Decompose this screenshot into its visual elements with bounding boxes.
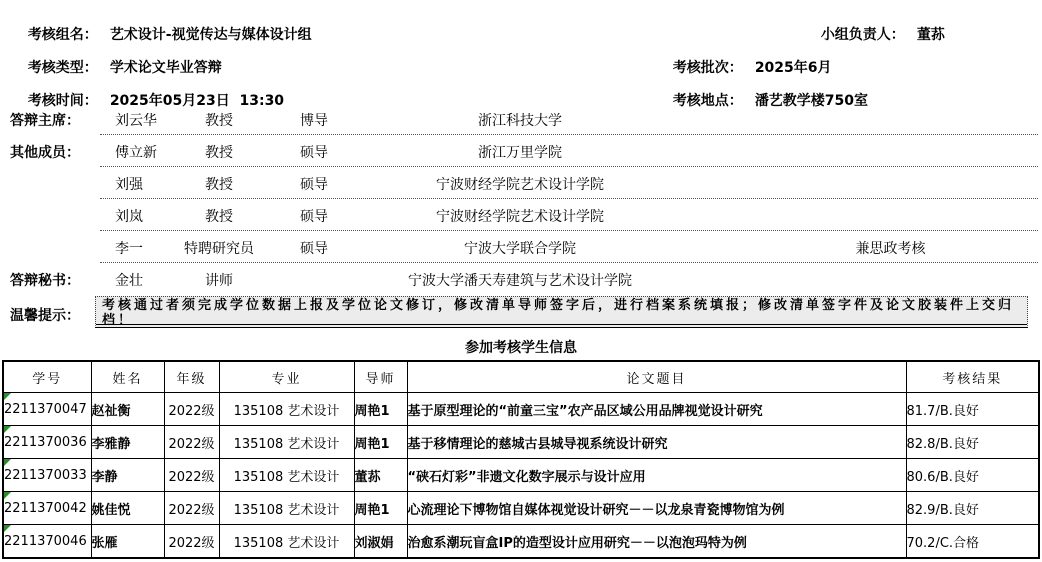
grade-cell: 2022级 [164, 426, 219, 459]
major-cell: 135108 艺术设计 [219, 393, 354, 426]
member-supervisor-type: 硕导 [300, 206, 328, 226]
notice-text: 考核通过者须完成学位数据上报及学位论文修订，修改清单导师签字后，进行档案系统填报… [95, 296, 1028, 328]
column-header: 考核结果 [906, 361, 1039, 393]
member-organization: 宁波财经学院艺术设计学院 [335, 206, 705, 226]
students-table: 学号姓名年级专业导师论文题目考核结果 2211370047赵祉衡2022级135… [2, 360, 1040, 559]
member-supervisor-type: 硕导 [300, 238, 328, 258]
member-organization: 浙江万里学院 [335, 142, 705, 162]
committee-row: 答辩秘书： 金壮 讲师 宁波大学潘天寿建筑与艺术设计学院 [0, 263, 1042, 295]
column-header: 论文题目 [407, 361, 906, 393]
major-cell: 135108 艺术设计 [219, 492, 354, 525]
result-cell: 81.7/B.良好 [906, 393, 1039, 426]
member-supervisor-type: 硕导 [300, 142, 328, 162]
student-name-cell: 李雅静 [91, 426, 164, 459]
mentor-cell: 周艳1 [354, 492, 407, 525]
student-name-cell: 姚佳悦 [91, 492, 164, 525]
column-header: 专业 [219, 361, 354, 393]
member-name: 傅立新 [115, 142, 157, 162]
member-title: 教授 [160, 110, 278, 130]
member-title: 教授 [160, 174, 278, 194]
member-organization: 宁波大学联合学院 [335, 238, 705, 258]
result-cell: 82.9/B.良好 [906, 492, 1039, 525]
thesis-title-cell: “硖石灯彩”非遗文化数字展示与设计应用 [407, 459, 906, 492]
mentor-cell: 董荪 [354, 459, 407, 492]
student-id-cell: 2211370046 [3, 525, 91, 559]
student-name-cell: 张雁 [91, 525, 164, 559]
thesis-title-cell: 基于移情理论的慈城古县城导视系统设计研究 [407, 426, 906, 459]
grade-cell: 2022级 [164, 492, 219, 525]
grade-cell: 2022级 [164, 459, 219, 492]
result-cell: 80.6/B.良好 [906, 459, 1039, 492]
mentor-cell: 周艳1 [354, 393, 407, 426]
committee-row: 李一 特聘研究员 硕导 宁波大学联合学院 兼思政考核 [0, 231, 1042, 263]
committee-role-label: 答辩秘书： [10, 270, 80, 290]
mentor-cell: 刘淑娟 [354, 525, 407, 559]
member-organization: 宁波大学潘天寿建筑与艺术设计学院 [335, 270, 705, 290]
students-header-row: 学号姓名年级专业导师论文题目考核结果 [3, 361, 1039, 393]
member-supervisor-type: 博导 [300, 110, 328, 130]
committee-role-label: 其他成员： [10, 142, 80, 162]
committee-row: 其他成员： 傅立新 教授 硕导 浙江万里学院 [0, 135, 1042, 167]
student-name-cell: 李静 [91, 459, 164, 492]
student-row: 2211370036李雅静2022级135108 艺术设计周艳1基于移情理论的慈… [3, 426, 1039, 459]
committee-row: 刘强 教授 硕导 宁波财经学院艺术设计学院 [0, 167, 1042, 199]
member-name: 金壮 [115, 270, 143, 290]
column-header: 学号 [3, 361, 91, 393]
member-organization: 宁波财经学院艺术设计学院 [335, 174, 705, 194]
assessment-document: 考核组名：艺术设计-视觉传达与媒体设计组 小组负责人：董荪 考核类型：学术论文毕… [0, 0, 1042, 562]
result-cell: 82.8/B.良好 [906, 426, 1039, 459]
member-note: 兼思政考核 [818, 238, 963, 258]
notice-label: 温馨提示： [10, 305, 80, 325]
member-name: 刘云华 [115, 110, 157, 130]
group-leader-value: 董荪 [917, 27, 945, 43]
student-id-cell: 2211370042 [3, 492, 91, 525]
student-row: 2211370047赵祉衡2022级135108 艺术设计周艳1基于原型理论的“… [3, 393, 1039, 426]
result-cell: 70.2/C.合格 [906, 525, 1039, 559]
student-id-cell: 2211370047 [3, 393, 91, 426]
mentor-cell: 周艳1 [354, 426, 407, 459]
student-id-cell: 2211370036 [3, 426, 91, 459]
students-table-title: 参加考核学生信息 [0, 337, 1042, 357]
member-supervisor-type: 硕导 [300, 174, 328, 194]
member-name: 刘岚 [115, 206, 143, 226]
member-name: 李一 [115, 238, 143, 258]
grade-cell: 2022级 [164, 525, 219, 559]
major-cell: 135108 艺术设计 [219, 459, 354, 492]
committee-row: 刘岚 教授 硕导 宁波财经学院艺术设计学院 [0, 199, 1042, 231]
thesis-title-cell: 治愈系潮玩盲盒IP的造型设计应用研究－－以泡泡玛特为例 [407, 525, 906, 559]
grade-cell: 2022级 [164, 393, 219, 426]
major-cell: 135108 艺术设计 [219, 426, 354, 459]
major-cell: 135108 艺术设计 [219, 525, 354, 559]
student-row: 2211370042姚佳悦2022级135108 艺术设计周艳1心流理论下博物馆… [3, 492, 1039, 525]
committee-role-label: 答辩主席： [10, 110, 80, 130]
thesis-title-cell: 基于原型理论的“前童三宝”农产品区域公用品牌视觉设计研究 [407, 393, 906, 426]
thesis-title-cell: 心流理论下博物馆自媒体视觉设计研究－－以龙泉青瓷博物馆为例 [407, 492, 906, 525]
column-header: 导师 [354, 361, 407, 393]
column-header: 年级 [164, 361, 219, 393]
member-name: 刘强 [115, 174, 143, 194]
student-row: 2211370033李静2022级135108 艺术设计董荪“硖石灯彩”非遗文化… [3, 459, 1039, 492]
student-name-cell: 赵祉衡 [91, 393, 164, 426]
committee-row: 答辩主席： 刘云华 教授 博导 浙江科技大学 [0, 103, 1042, 135]
member-title: 教授 [160, 206, 278, 226]
column-header: 姓名 [91, 361, 164, 393]
committee-section: 答辩主席： 刘云华 教授 博导 浙江科技大学 其他成员： 傅立新 教授 硕导 浙… [0, 103, 1042, 295]
student-id-cell: 2211370033 [3, 459, 91, 492]
member-title: 讲师 [160, 270, 278, 290]
group-leader-label: 小组负责人： [821, 27, 905, 43]
member-organization: 浙江科技大学 [335, 110, 705, 130]
student-row: 2211370046张雁2022级135108 艺术设计刘淑娟治愈系潮玩盲盒IP… [3, 525, 1039, 559]
member-title: 特聘研究员 [160, 238, 278, 258]
member-title: 教授 [160, 142, 278, 162]
